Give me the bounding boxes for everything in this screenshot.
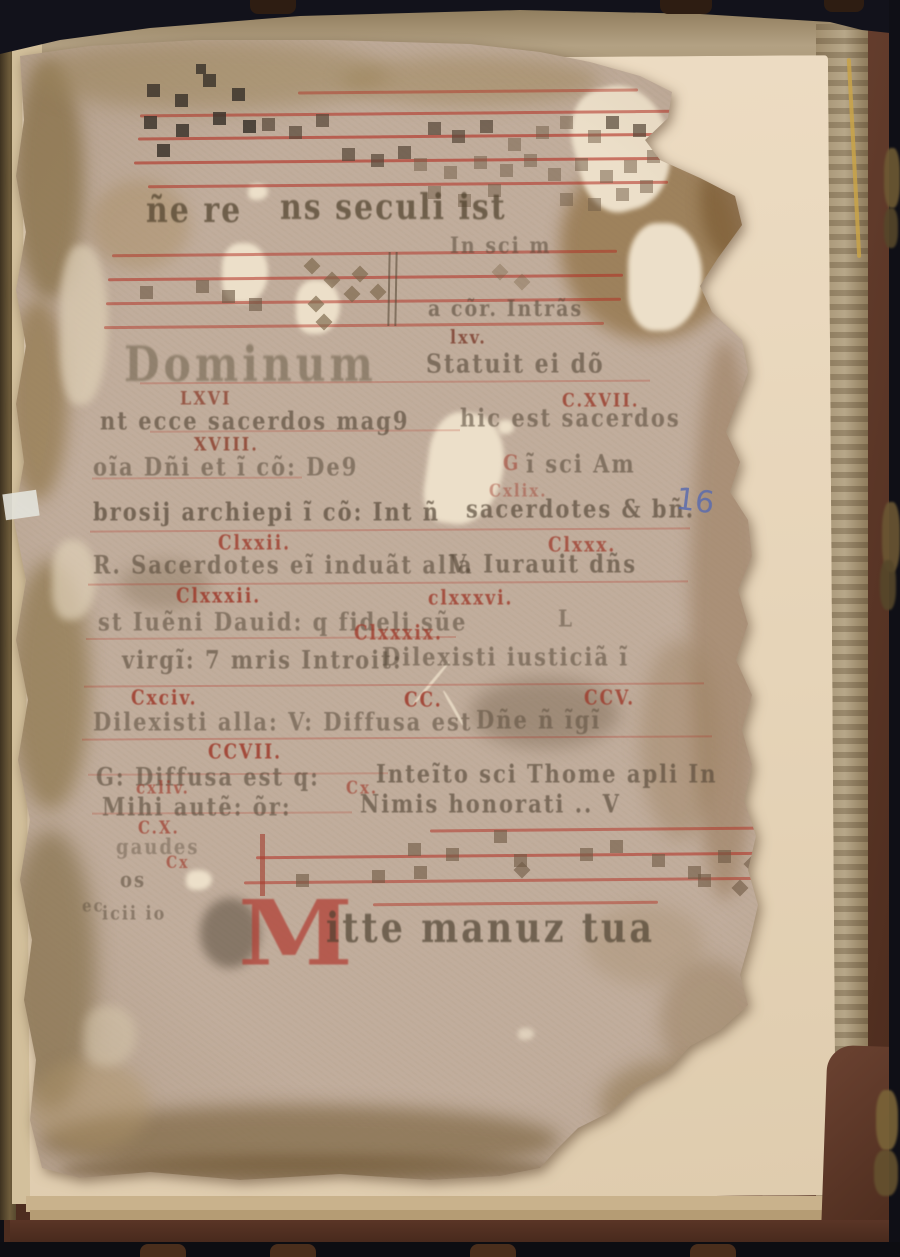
clasp-fitting: [884, 208, 898, 248]
stand-peg: [250, 0, 296, 14]
parchment-leaf: ñe re ns seculi ist In sci m a cõr. Intr…: [0, 0, 900, 1257]
damage-patch: [744, 286, 798, 314]
clasp-fitting: [876, 1090, 898, 1150]
clasp-fitting: [880, 560, 896, 610]
paper-tab: [2, 490, 39, 520]
stand-foot: [690, 1244, 736, 1257]
clasp-fitting: [874, 1150, 898, 1196]
stand-foot: [140, 1244, 186, 1257]
stand-peg: [824, 0, 864, 12]
stand-foot: [470, 1244, 516, 1257]
manuscript-photograph: ñe re ns seculi ist In sci m a cõr. Intr…: [0, 0, 900, 1257]
clasp-fitting: [884, 148, 900, 208]
background-bottom: [0, 1242, 900, 1257]
stand-foot: [270, 1244, 316, 1257]
stand-peg: [660, 0, 712, 14]
neume: [760, 866, 777, 883]
parchment-shading: [0, 0, 900, 1257]
parchment-shadow: ñe re ns seculi ist In sci m a cõr. Intr…: [0, 0, 900, 1257]
corner-shadow: [0, 0, 26, 34]
